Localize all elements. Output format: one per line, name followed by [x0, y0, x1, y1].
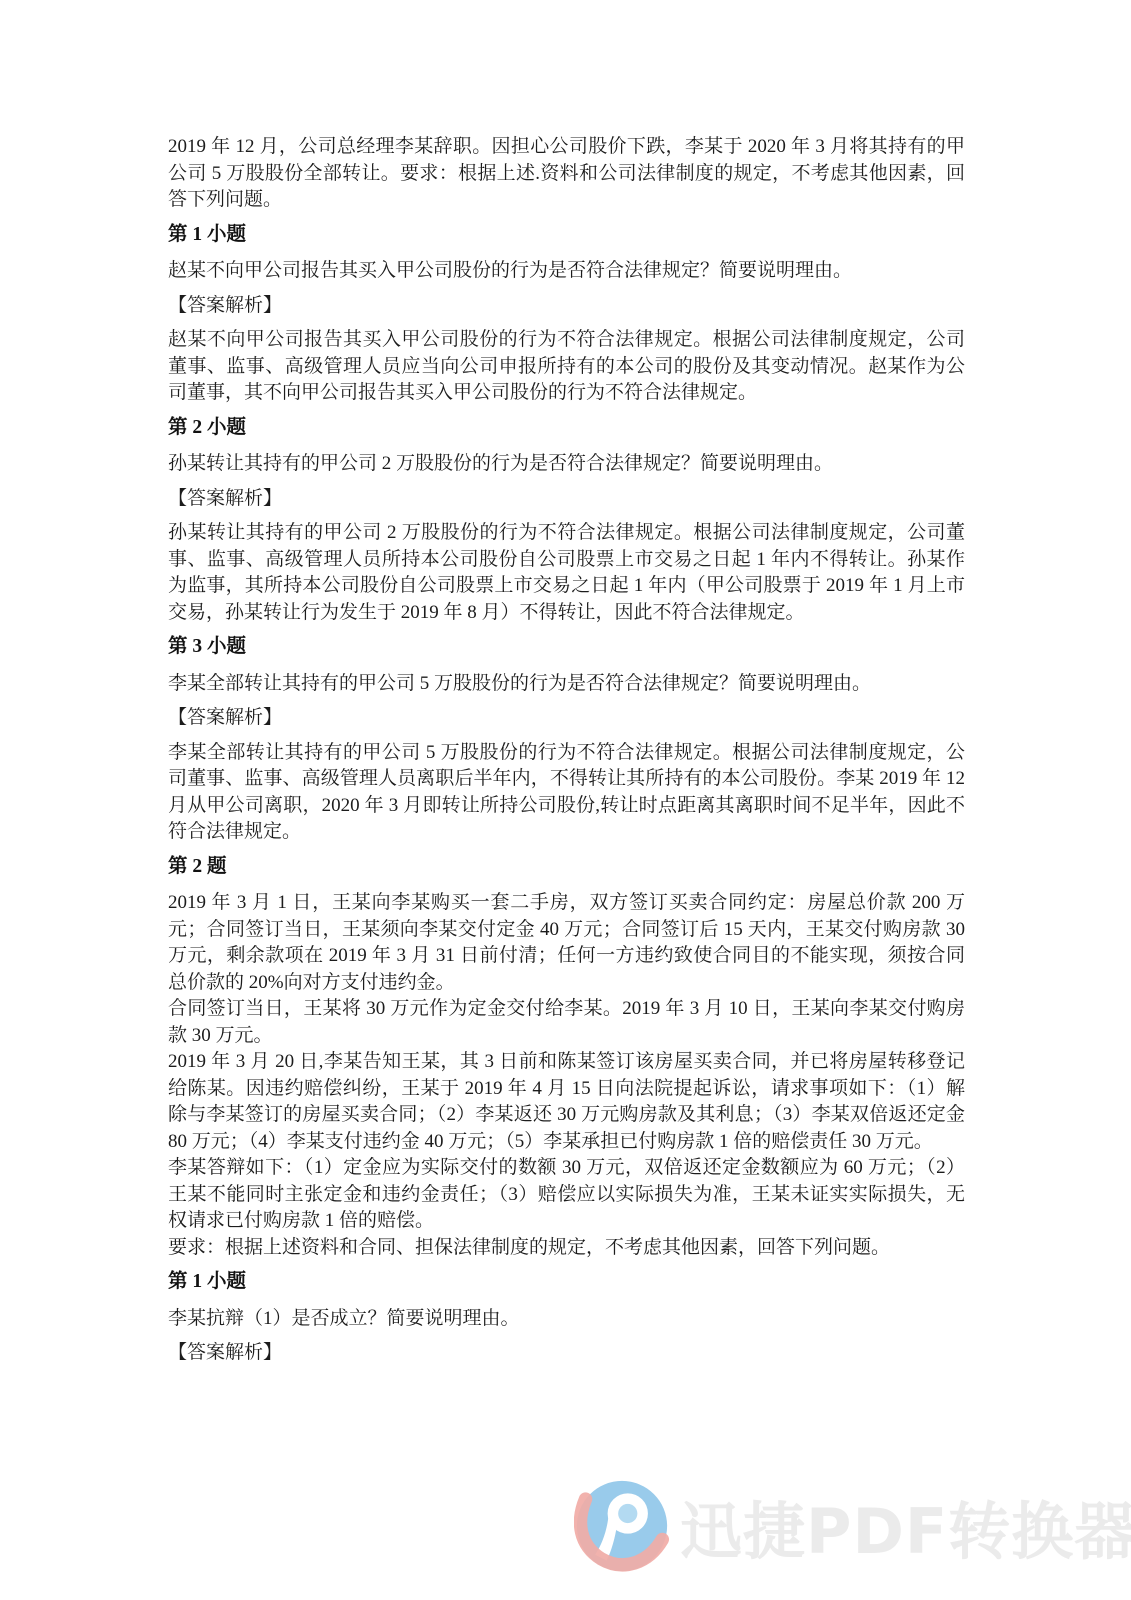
- question-paragraph: 李某全部转让其持有的甲公司 5 万股股份的行为是否符合法律规定？简要说明理由。: [168, 671, 965, 698]
- section-heading: 第 2 题: [168, 854, 965, 881]
- answer-label: 【答案解析】: [168, 486, 965, 513]
- answer-paragraph: 赵某不向甲公司报告其买入甲公司股份的行为不符合法律规定。根据公司法律制度规定，公…: [168, 327, 965, 407]
- body-paragraph: 合同签订当日，王某将 30 万元作为定金交付给李某。2019 年 3 月 10 …: [168, 996, 965, 1049]
- document-page: 2019 年 12 月，公司总经理李某辞职。因担心公司股价下跌，李某于 2020…: [168, 134, 965, 1375]
- question-paragraph: 赵某不向甲公司报告其买入甲公司股份的行为是否符合法律规定？简要说明理由。: [168, 258, 965, 285]
- body-paragraph: 2019 年 12 月，公司总经理李某辞职。因担心公司股价下跌，李某于 2020…: [168, 134, 965, 214]
- answer-paragraph: 李某全部转让其持有的甲公司 5 万股股份的行为不符合法律规定。根据公司法律制度规…: [168, 740, 965, 846]
- body-paragraph: 2019 年 3 月 1 日，王某向李某购买一套二手房，双方签订买卖合同约定：房…: [168, 890, 965, 996]
- watermark-brand-text: 迅捷PDF转换器: [680, 1482, 1131, 1571]
- case-description: 2019 年 3 月 1 日，王某向李某购买一套二手房，双方签订买卖合同约定：房…: [168, 890, 965, 1261]
- answer-label: 【答案解析】: [168, 1340, 965, 1367]
- body-paragraph: 2019 年 3 月 20 日,李某告知王某，其 3 日前和陈某签订该房屋买卖合…: [168, 1049, 965, 1155]
- section-heading: 第 1 小题: [168, 1269, 965, 1296]
- watermark: 迅捷PDF转换器: [574, 1478, 1131, 1574]
- question-paragraph: 李某抗辩（1）是否成立？简要说明理由。: [168, 1306, 965, 1333]
- section-heading: 第 2 小题: [168, 415, 965, 442]
- body-paragraph: 李某答辩如下：（1）定金应为实际交付的数额 30 万元，双倍返还定金数额应为 6…: [168, 1155, 965, 1235]
- section-heading: 第 3 小题: [168, 634, 965, 661]
- section-heading: 第 1 小题: [168, 222, 965, 249]
- body-paragraph: 要求：根据上述资料和合同、担保法律制度的规定，不考虑其他因素，回答下列问题。: [168, 1235, 965, 1262]
- answer-label: 【答案解析】: [168, 293, 965, 320]
- answer-label: 【答案解析】: [168, 705, 965, 732]
- question-paragraph: 孙某转让其持有的甲公司 2 万股股份的行为是否符合法律规定？简要说明理由。: [168, 451, 965, 478]
- answer-paragraph: 孙某转让其持有的甲公司 2 万股股份的行为不符合法律规定。根据公司法律制度规定，…: [168, 520, 965, 626]
- pdf-converter-logo-icon: [574, 1478, 670, 1574]
